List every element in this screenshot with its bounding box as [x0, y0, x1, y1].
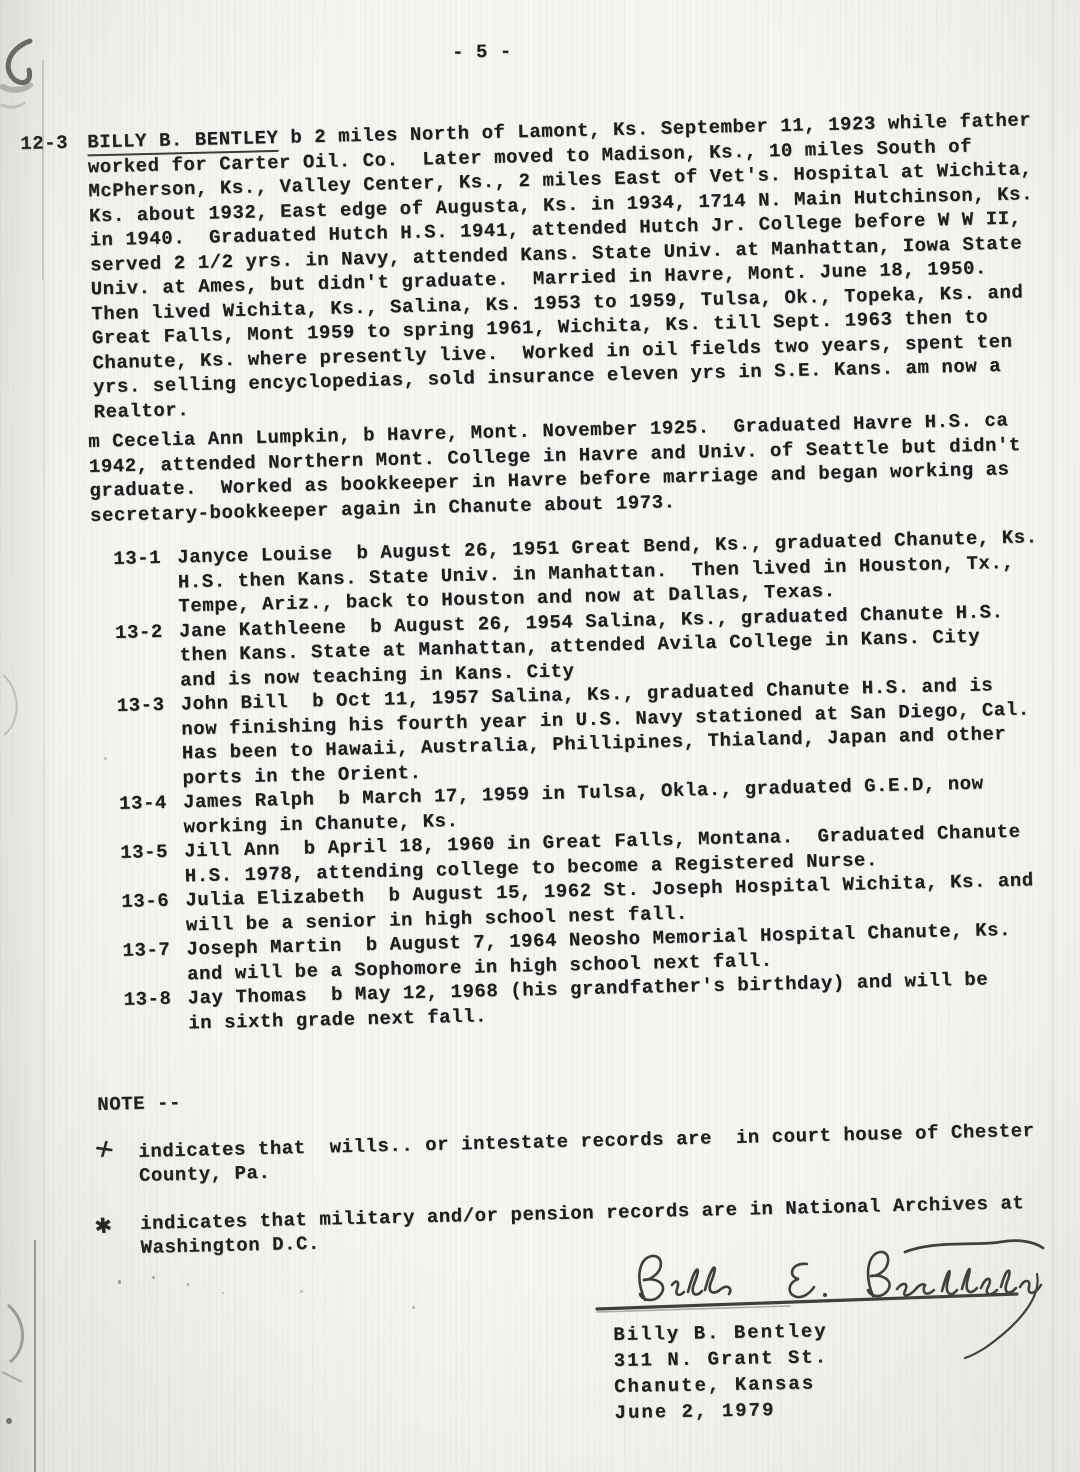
signature-date: June 2, 1979 — [614, 1396, 829, 1426]
scan-speck — [6, 1418, 12, 1424]
notes-title: NOTE -- — [92, 1071, 1034, 1118]
scan-speck — [412, 1306, 415, 1309]
scan-speck — [118, 1280, 121, 1284]
signature-script — [585, 1232, 1055, 1372]
child-id: 13-1 — [113, 545, 178, 571]
plus-marker-icon: + — [90, 1137, 142, 1168]
entry-body: worked for Carter Oil. Co. Later moved t… — [88, 133, 1038, 425]
note-text: indicates that wills.. or intestate reco… — [138, 1118, 1035, 1188]
child-id: 13-4 — [119, 790, 184, 816]
scan-artifact-mid-left — [0, 665, 30, 755]
note-item: + indicates that wills.. or intestate re… — [93, 1118, 1035, 1189]
scan-artifact-bottom-left — [0, 1290, 50, 1400]
scan-speck — [300, 1290, 303, 1293]
asterisk-marker-icon: ✱ — [94, 1210, 141, 1240]
child-id: 13-8 — [123, 986, 188, 1012]
child-id: 13-7 — [122, 937, 187, 963]
entry-paragraph: BILLY B. BENTLEY b 2 miles North of Lamo… — [87, 108, 1038, 424]
scan-speck — [222, 1292, 224, 1294]
child-id: 13-2 — [115, 619, 180, 645]
scan-speck — [104, 757, 107, 760]
child-id: 13-5 — [120, 839, 185, 865]
children-list: 13-1Janyce Louise b August 26, 1951 Grea… — [113, 525, 1049, 1037]
child-id: 13-3 — [116, 692, 181, 718]
scan-speck — [152, 1276, 155, 1279]
scan-speck — [187, 1283, 189, 1286]
scan-artifact-top-left — [0, 35, 80, 155]
child-id: 13-6 — [121, 888, 186, 914]
page-number: - 5 - — [452, 40, 512, 65]
entry-section: 12-3 BILLY B. BENTLEY b 2 miles North of… — [20, 107, 1075, 426]
signature-address-line2: Chanute, Kansas — [614, 1370, 829, 1400]
spouse-paragraph: m Cecelia Ann Lumpkin, b Havre, Mont. No… — [88, 408, 1022, 528]
